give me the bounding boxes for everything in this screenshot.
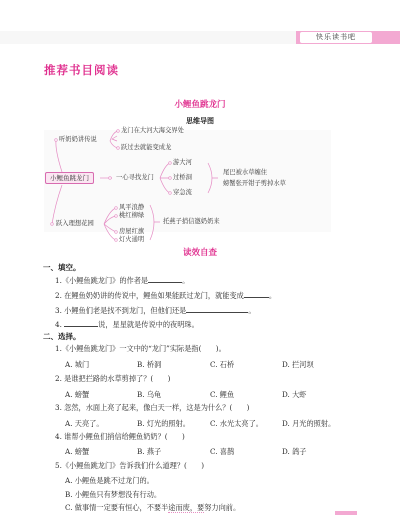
mind-map-result: 尾巴被水草缠住 <box>223 169 267 177</box>
option[interactable]: A. 螃蟹 <box>65 447 89 457</box>
mind-map-result: 螃蟹张开钳子剪掉水草 <box>223 180 286 188</box>
fill-question-3: 3. 小鲤鱼们老是找不到龙门，但他们还是。 <box>55 304 256 316</box>
fill-question-2: 2. 在鲤鱼奶奶讲的传说中，鲤鱼如果能跃过龙门，就能变成。 <box>55 289 276 301</box>
answer-blank[interactable] <box>186 304 248 313</box>
answer-blank[interactable] <box>244 289 269 298</box>
mind-map-branch-2: 一心寻找龙门 <box>116 174 154 182</box>
answer-blank[interactable] <box>64 318 98 327</box>
option[interactable]: B. 灯光的照射。 <box>137 419 190 429</box>
mind-map-leaf: 过桥洞 <box>173 174 192 182</box>
fill-question-1: 1.《小鲤鱼跳龙门》的作者是。 <box>55 274 189 286</box>
quiz-title: 读效自查 <box>0 246 400 258</box>
mind-map-branch-1: 听奶奶讲传说 <box>59 136 97 144</box>
option[interactable]: A. 小鲤鱼是跳不过龙门的。 <box>65 476 154 486</box>
mind-map-root: 小鲤鱼跳龙门 <box>45 172 94 184</box>
fill-question-4: 4. 说，星星就是传说中的夜明珠。 <box>55 318 199 330</box>
option[interactable]: B. 燕子 <box>137 447 161 457</box>
choice-question-2: 2. 是谁把拦路的水草剪掉了？( ) <box>55 374 170 384</box>
footer-tab-accent <box>335 511 357 515</box>
mind-map-branch-3: 跃入理想花园 <box>56 220 94 228</box>
mind-map-result: 托燕子捎信邀奶奶来 <box>163 218 220 226</box>
option[interactable]: C. 石桥 <box>210 360 234 370</box>
mind-map-leaf: 房屋红旗 <box>119 228 144 236</box>
option[interactable]: B. 乌龟 <box>137 390 161 400</box>
option[interactable]: A. 螃蟹 <box>65 390 89 400</box>
mind-map-leaf: 游大河 <box>173 159 192 167</box>
choice-question-4: 4. 谁帮小鲤鱼们捎信给鲤鱼奶奶？( ) <box>55 432 185 442</box>
option[interactable]: C. 鲤鱼 <box>210 390 234 400</box>
choice-heading: 二、选择。 <box>43 331 81 342</box>
option[interactable]: C. 水光太亮了。 <box>210 419 263 429</box>
option[interactable]: C. 做事情一定要有恒心，不要半途而废，要努力向前。 <box>65 503 240 513</box>
mind-map-leaf: 桃红柳绿 <box>119 212 144 220</box>
answer-blank[interactable] <box>148 274 182 283</box>
option[interactable]: D. 大虾 <box>282 390 306 400</box>
option[interactable]: D. 月光的照射。 <box>282 419 335 429</box>
fill-heading: 一、填空。 <box>43 262 81 273</box>
mind-map-leaf: 穿急流 <box>173 189 192 197</box>
option[interactable]: C. 喜鹊 <box>210 447 234 457</box>
mind-map-leaf: 龙门在大河大海交界处 <box>121 127 184 135</box>
mind-map-leaf: 灯火通明 <box>119 236 144 244</box>
option[interactable]: A. 城门 <box>65 360 89 370</box>
option[interactable]: A. 天亮了。 <box>65 419 104 429</box>
option[interactable]: B. 小鲤鱼只有梦想没有行动。 <box>65 490 161 500</box>
choice-question-5: 5.《小鲤鱼跳龙门》告诉我们什么道理？( ) <box>55 461 204 471</box>
option[interactable]: D. 鸽子 <box>282 447 306 457</box>
mind-map-leaf: 风平浪静 <box>119 204 144 212</box>
option[interactable]: B. 桥洞 <box>137 360 161 370</box>
choice-question-3: 3. 忽然，水面上亮了起来，像白天一样，这是为什么？( ) <box>55 403 249 413</box>
choice-question-1: 1.《小鲤鱼跳龙门》一文中的“龙门”实际是指( )。 <box>55 344 226 354</box>
mind-map-leaf: 跃过去就能变成龙 <box>121 144 171 152</box>
option[interactable]: D. 拦河坝 <box>282 360 314 370</box>
